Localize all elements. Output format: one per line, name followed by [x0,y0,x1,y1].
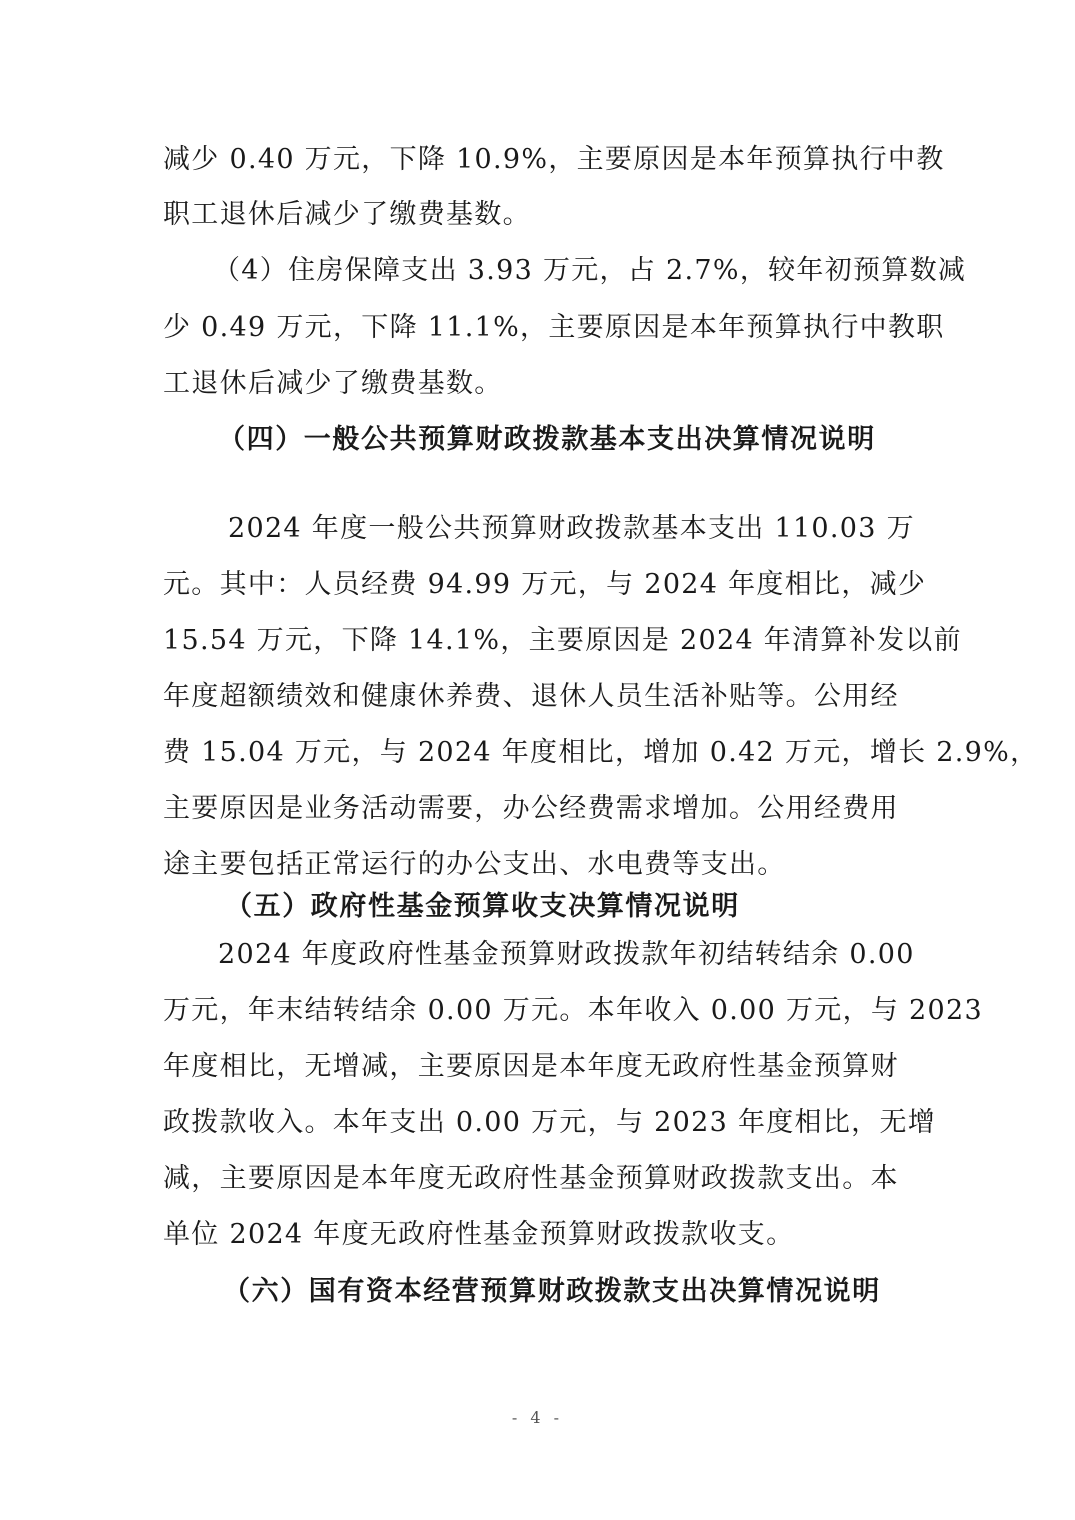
paragraph-line: 工退休后减少了缴费基数。 [163,364,923,404]
paragraph-line: （4）住房保障支出 3.93 万元，占 2.7%，较年初预算数减 [213,251,973,291]
paragraph-line: 年度超额绩效和健康休养费、退休人员生活补贴等。公用经 [163,677,923,717]
section-heading: （六）国有资本经营预算财政拨款支出决算情况说明 [223,1272,983,1312]
paragraph-line: 职工退休后减少了缴费基数。 [163,195,923,235]
paragraph-line: 政拨款收入。本年支出 0.00 万元，与 2023 年度相比，无增 [163,1103,923,1143]
paragraph-line: 主要原因是业务活动需要，办公经费需求增加。公用经费用 [163,789,923,829]
paragraph-line: 少 0.49 万元，下降 11.1%，主要原因是本年预算执行中教职 [163,308,923,348]
paragraph-line: 2024 年度一般公共预算财政拨款基本支出 110.03 万 [228,509,988,549]
paragraph-line: 2024 年度政府性基金预算财政拨款年初结转结余 0.00 [218,935,978,975]
page-number: - 4 - [0,1408,1075,1427]
section-heading: （五）政府性基金预算收支决算情况说明 [225,887,985,927]
document-page: 减少 0.40 万元，下降 10.9%，主要原因是本年预算执行中教职工退休后减少… [0,0,1075,1520]
paragraph-line: 费 15.04 万元，与 2024 年度相比，增加 0.42 万元，增长 2.9… [163,733,923,773]
paragraph-line: 途主要包括正常运行的办公支出、水电费等支出。 [163,845,923,885]
paragraph-line: 15.54 万元，下降 14.1%，主要原因是 2024 年清算补发以前 [163,621,923,661]
section-heading: （四）一般公共预算财政拨款基本支出决算情况说明 [218,420,978,460]
paragraph-line: 单位 2024 年度无政府性基金预算财政拨款收支。 [163,1215,923,1255]
paragraph-line: 减，主要原因是本年度无政府性基金预算财政拨款支出。本 [163,1159,923,1199]
paragraph-line: 减少 0.40 万元，下降 10.9%，主要原因是本年预算执行中教 [163,140,923,180]
paragraph-line: 年度相比，无增减，主要原因是本年度无政府性基金预算财 [163,1047,923,1087]
paragraph-line: 元。其中：人员经费 94.99 万元，与 2024 年度相比，减少 [163,565,923,605]
paragraph-line: 万元，年末结转结余 0.00 万元。本年收入 0.00 万元，与 2023 [163,991,923,1031]
